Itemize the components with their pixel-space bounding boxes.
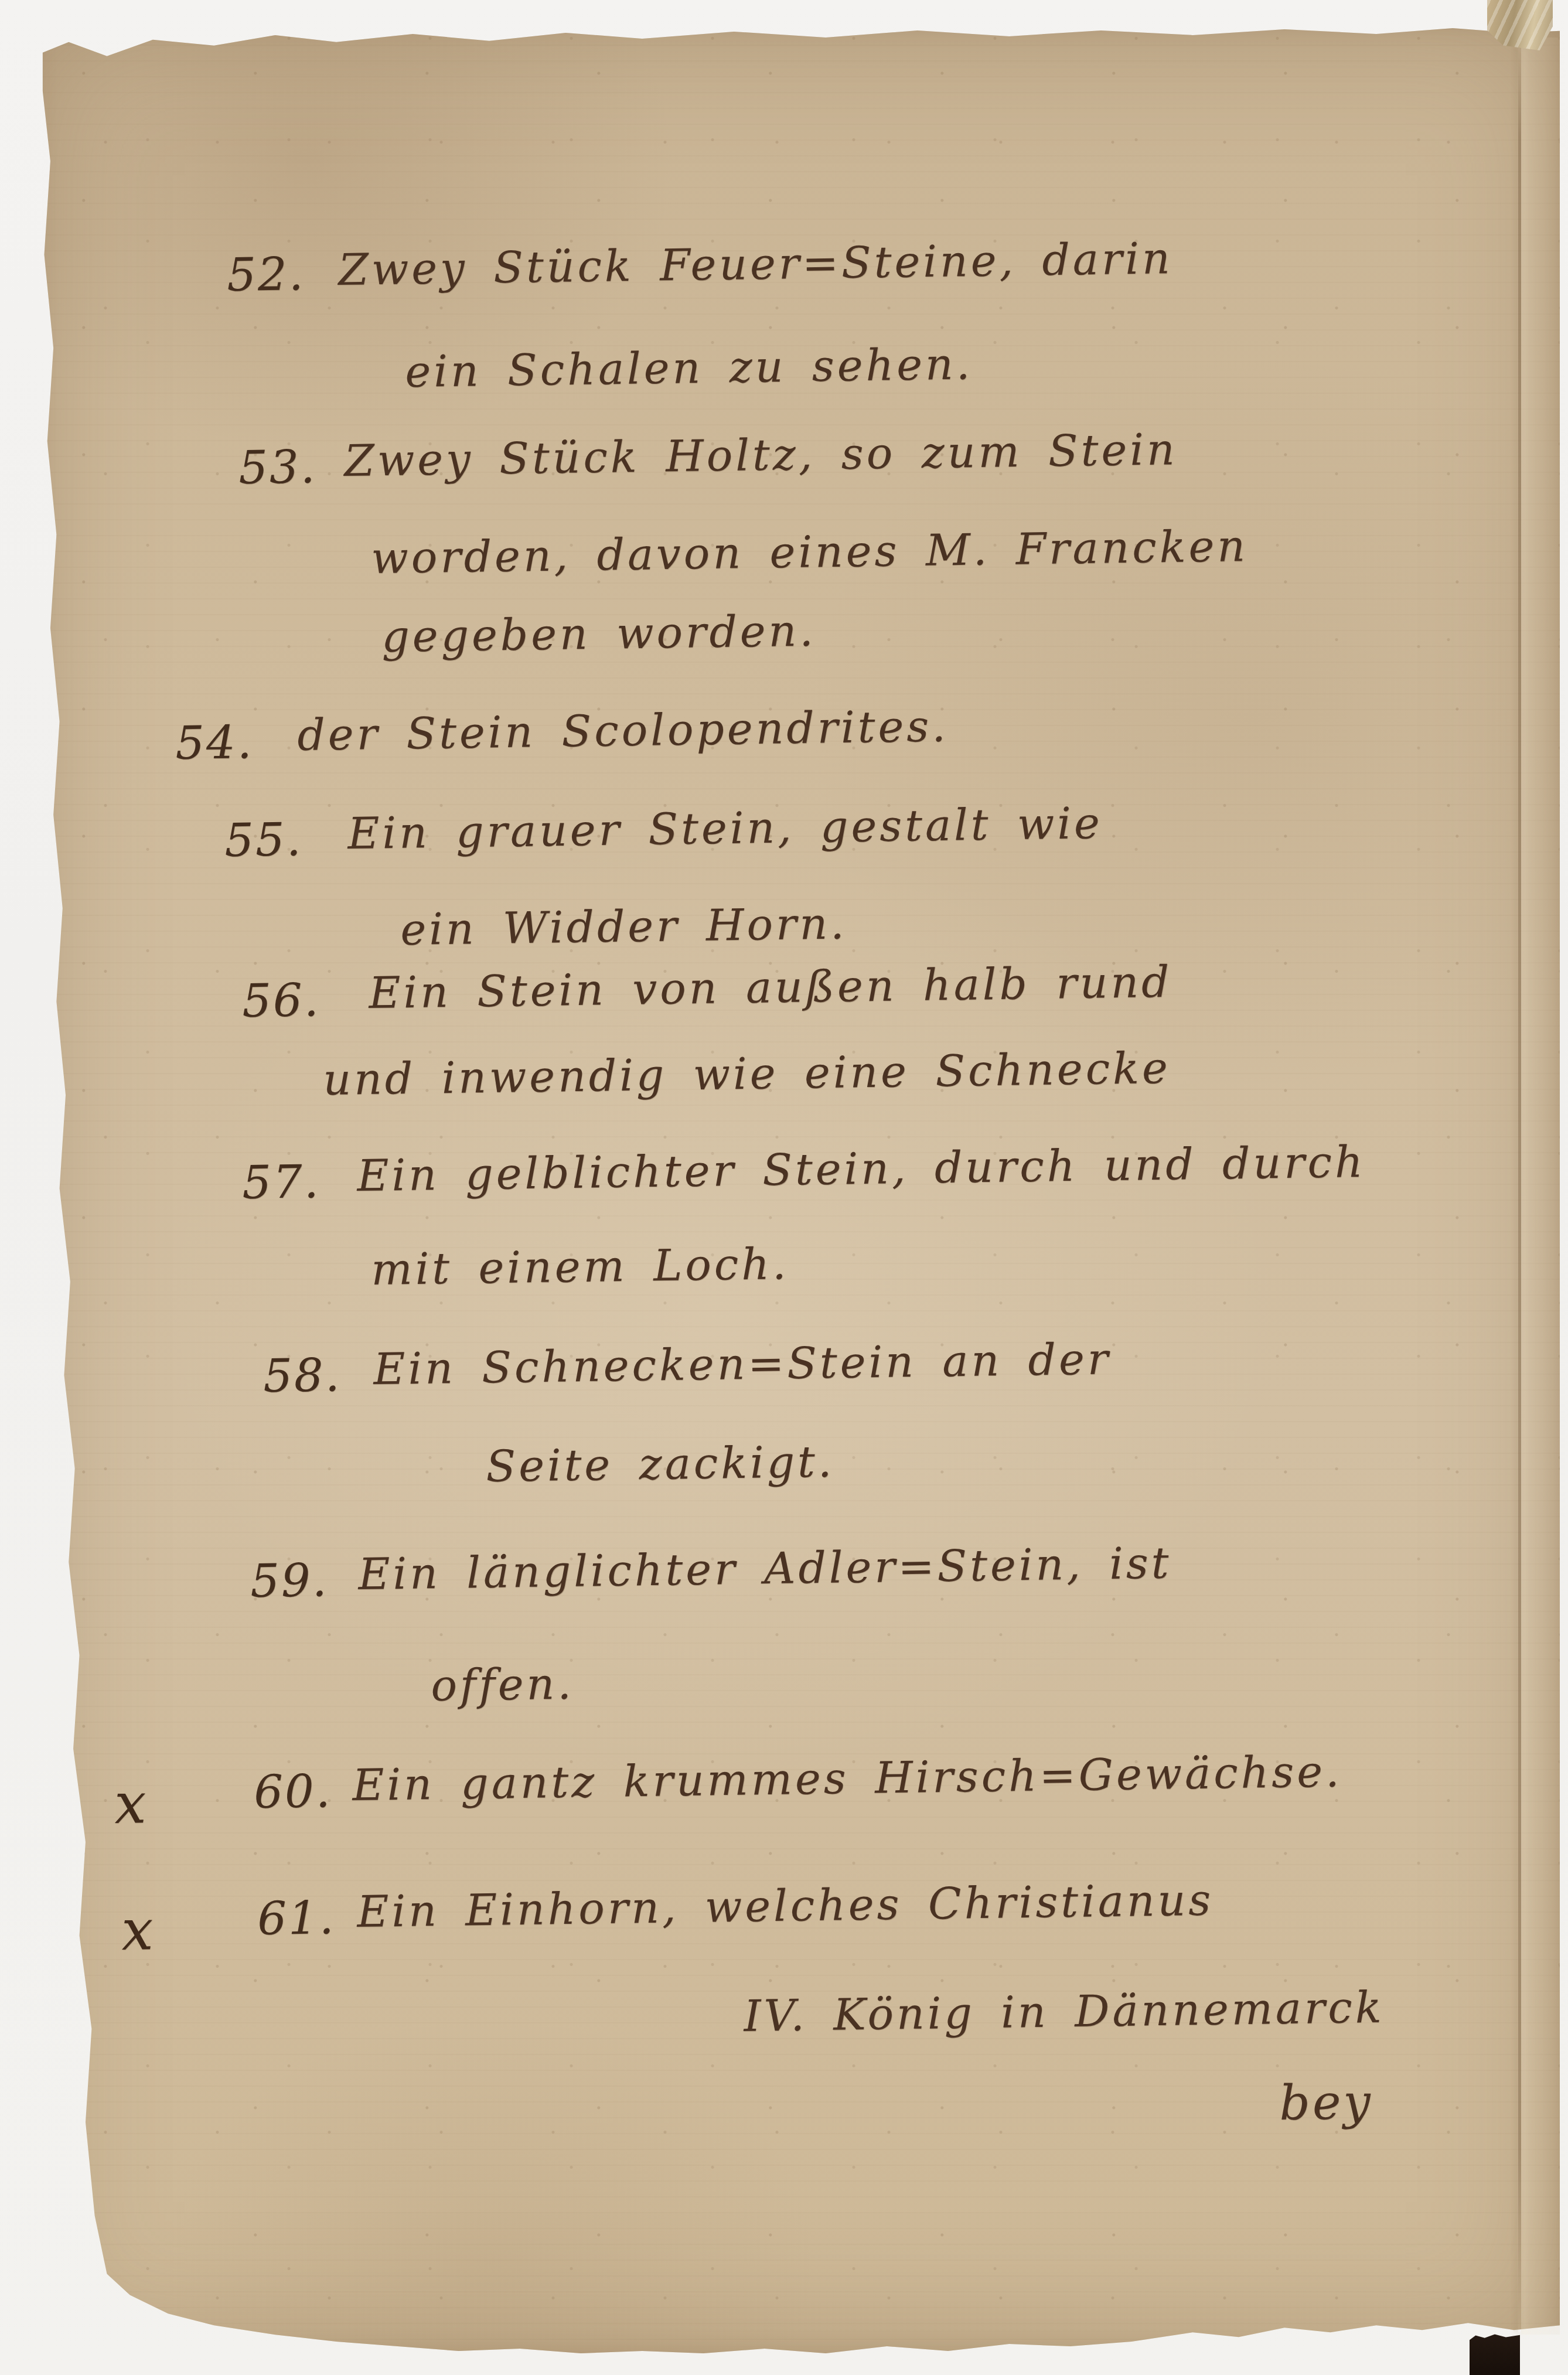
- entry-60-margin-mark: x: [114, 1770, 146, 1836]
- entry-58-line-2: Seite zackigt.: [486, 1437, 835, 1492]
- entry-53-number: 53.: [238, 441, 317, 495]
- entry-57-line-2: mit einem Loch.: [371, 1239, 789, 1295]
- entry-55-line-2: ein Widder Horn.: [400, 898, 847, 955]
- entry-61-number: 61.: [257, 1892, 336, 1945]
- entry-52-line-2: ein Schalen zu sehen.: [405, 339, 973, 397]
- entry-58-number: 58.: [263, 1349, 342, 1403]
- entry-57-number: 57.: [242, 1156, 321, 1209]
- entry-61-line-2: IV. König in Dännemarck: [744, 1982, 1385, 2042]
- entry-61-margin-mark: x: [121, 1897, 154, 1963]
- entry-53-line-3: gegeben worden.: [381, 606, 816, 662]
- entry-59-line-2: offen.: [431, 1659, 574, 1711]
- entry-54-number: 54.: [175, 716, 254, 770]
- entry-55-line-1: Ein grauer Stein, gestalt wie: [347, 798, 1103, 859]
- entry-52-number: 52.: [227, 248, 305, 302]
- entry-59-number: 59.: [250, 1554, 329, 1608]
- entry-56-number: 56.: [242, 974, 321, 1028]
- entry-54-line-1: der Stein Scolopendrites.: [297, 701, 949, 761]
- entry-58-line-1: Ein Schnecken=Stein an der: [373, 1334, 1112, 1395]
- spine-fragment: [1470, 2333, 1520, 2375]
- adjacent-leaf-edge: [1521, 38, 1560, 2335]
- entry-60-number: 60.: [254, 1765, 332, 1819]
- scanned-document: 52. Zwey Stück Feuer=Steine, darin ein S…: [0, 0, 1568, 2375]
- entry-55-number: 55.: [224, 813, 303, 867]
- catchword: bey: [1279, 2074, 1373, 2131]
